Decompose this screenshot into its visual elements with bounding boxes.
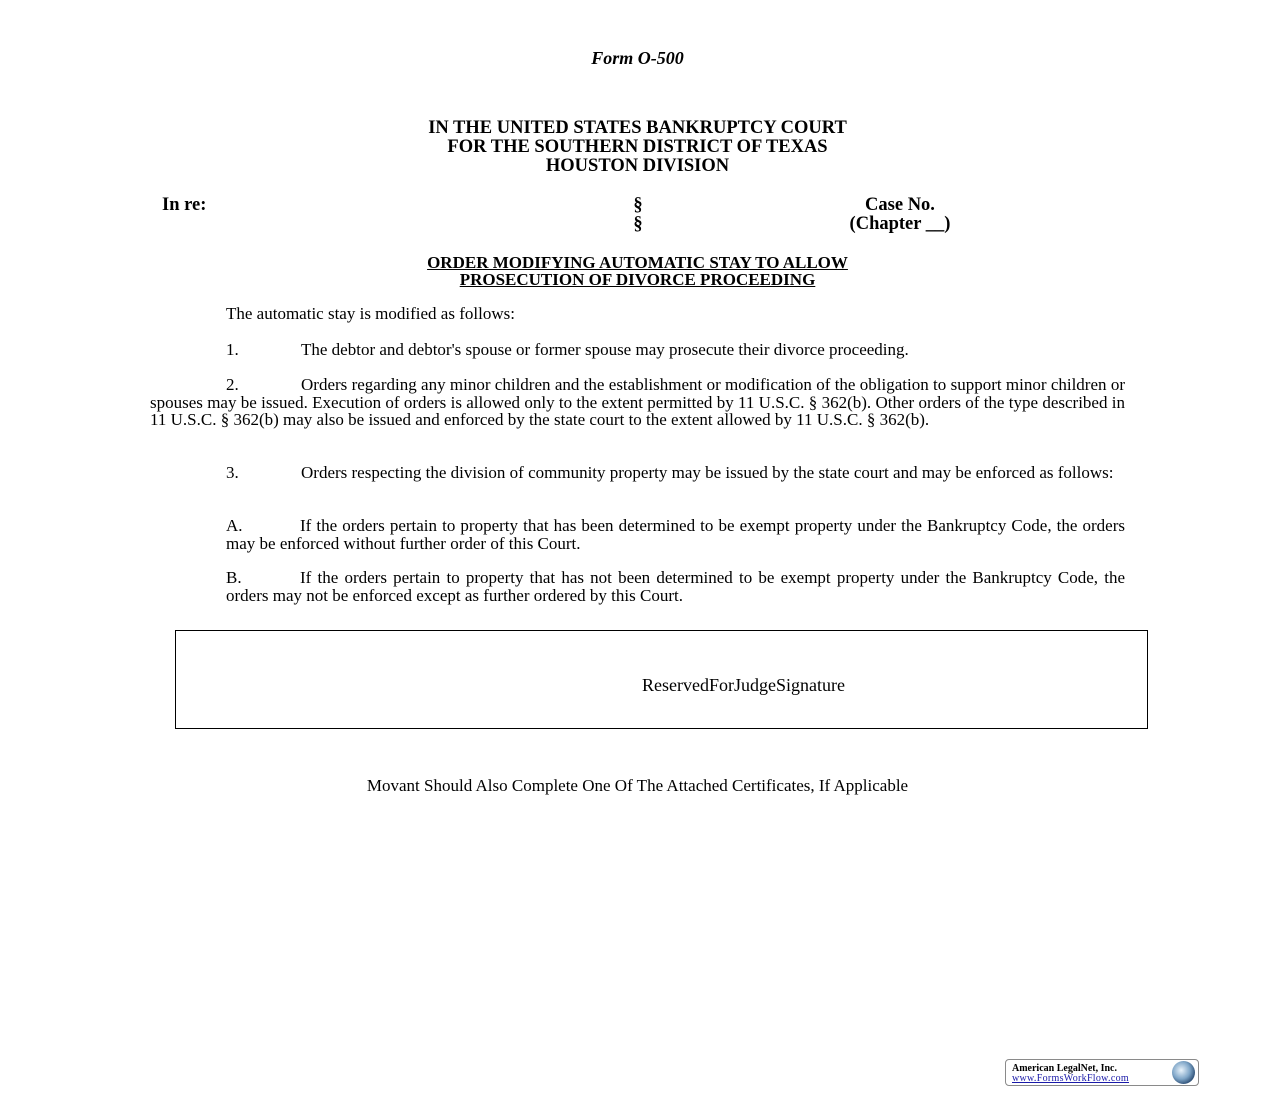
- paragraph-3: 3.Orders respecting the division of comm…: [150, 464, 1125, 482]
- court-line: IN THE UNITED STATES BANKRUPTCY COURT: [0, 119, 1275, 138]
- american-legalnet-badge[interactable]: American LegalNet, Inc. www.FormsWorkFlo…: [1005, 1059, 1199, 1086]
- section-mark: §: [631, 196, 645, 215]
- paragraph-text: Orders respecting the division of commun…: [301, 463, 1113, 482]
- paragraph-number: 3.: [226, 464, 301, 482]
- subparagraph-letter: A.: [226, 517, 300, 535]
- subparagraph-b: B.If the orders pertain to property that…: [226, 569, 1125, 604]
- order-intro: The automatic stay is modified as follow…: [226, 305, 515, 323]
- badge-url-link[interactable]: www.FormsWorkFlow.com: [1012, 1073, 1129, 1084]
- court-line: FOR THE SOUTHERN DISTRICT OF TEXAS: [0, 138, 1275, 157]
- case-info: Case No. (Chapter __): [800, 196, 1000, 234]
- paragraph-text: The debtor and debtor's spouse or former…: [301, 340, 909, 359]
- court-heading: IN THE UNITED STATES BANKRUPTCY COURT FO…: [0, 119, 1275, 176]
- paragraph-2: 2.Orders regarding any minor children an…: [150, 376, 1125, 429]
- court-line: HOUSTON DIVISION: [0, 157, 1275, 176]
- paragraph-number: 2.: [226, 376, 301, 394]
- subparagraph-text: If the orders pertain to property that h…: [226, 516, 1125, 553]
- subparagraph-letter: B.: [226, 569, 300, 587]
- order-title-line: PROSECUTION OF DIVORCE PROCEEDING: [460, 270, 816, 289]
- form-number: Form O-500: [0, 48, 1275, 69]
- subparagraph-text: If the orders pertain to property that h…: [226, 568, 1125, 605]
- subparagraph-a: A.If the orders pertain to property that…: [226, 517, 1125, 552]
- case-no-label: Case No.: [800, 196, 1000, 215]
- in-re-label: In re:: [162, 196, 206, 215]
- section-mark: §: [631, 215, 645, 234]
- paragraph-1: 1.The debtor and debtor's spouse or form…: [150, 341, 1125, 359]
- paragraph-number: 1.: [226, 341, 301, 359]
- judge-signature-box[interactable]: ReservedForJudgeSignature: [175, 630, 1148, 729]
- movant-note: Movant Should Also Complete One Of The A…: [0, 776, 1275, 796]
- order-title: ORDER MODIFYING AUTOMATIC STAY TO ALLOW …: [0, 254, 1275, 288]
- section-marks: § §: [631, 196, 645, 234]
- signature-placeholder: ReservedForJudgeSignature: [642, 675, 845, 696]
- chapter-label: (Chapter __): [800, 215, 1000, 234]
- globe-logo-icon: [1172, 1061, 1195, 1084]
